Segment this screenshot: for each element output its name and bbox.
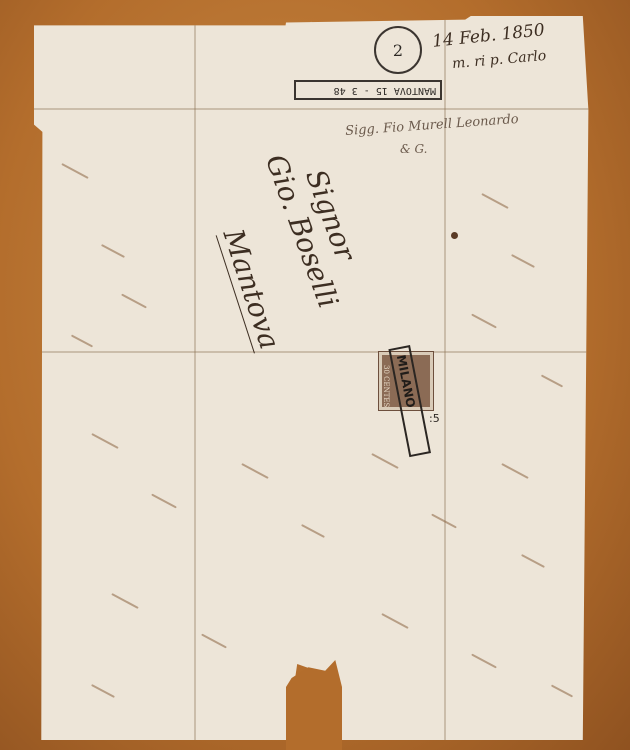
fold-crease xyxy=(194,16,196,740)
sender-annotation-2: & G. xyxy=(400,142,427,156)
circular-postmark: 2 xyxy=(374,26,422,74)
boxed-transit-postmark: MANTOVA 15 - 3 48 xyxy=(294,80,442,100)
fold-crease xyxy=(34,351,594,353)
fold-crease xyxy=(34,108,594,110)
cancellation-time: :5 xyxy=(429,412,440,425)
wax-seal-remnant xyxy=(451,232,458,239)
